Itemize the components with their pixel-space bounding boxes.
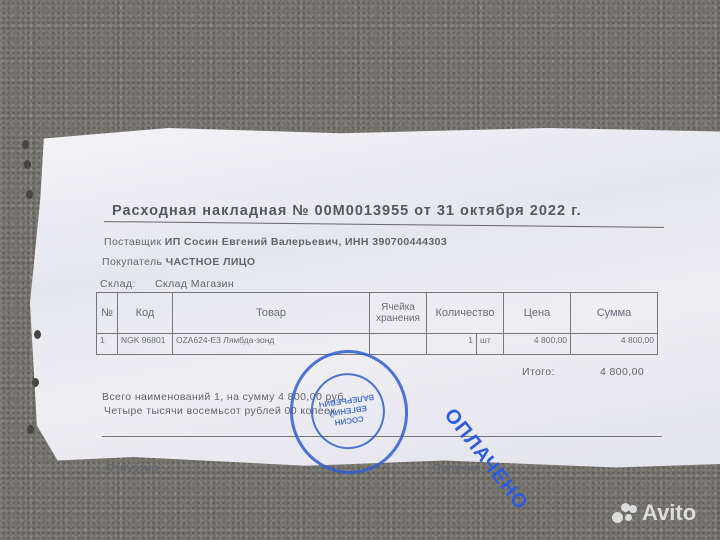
cell-code: NGK 96801: [118, 334, 173, 355]
invoice-document: Расходная накладная № 00М0013955 от 31 о…: [0, 0, 720, 540]
col-code: Код: [118, 293, 173, 334]
cell-sum: 4 800,00: [571, 334, 658, 355]
total-label: Итого:: [522, 366, 555, 378]
supplier-line: Поставщик ИП Сосин Евгений Валерьевич, И…: [104, 236, 447, 248]
items-table: № Код Товар Ячейка хранения Количество Ц…: [96, 292, 658, 355]
avito-watermark: Avito: [612, 500, 696, 526]
released-signature-line: [170, 474, 310, 475]
seal-text: СОСИН ЕВГЕНИЙ ВАЛЕРЬЕВИЧ: [311, 390, 384, 429]
supplier-label: Поставщик: [104, 236, 161, 248]
buyer-label: Покупатель: [102, 256, 162, 268]
paid-stamp: ОПЛАЧЕНО: [439, 404, 532, 515]
buyer-value: ЧАСТНОЕ ЛИЦО: [166, 256, 256, 268]
col-num: №: [97, 293, 118, 334]
col-price: Цена: [504, 293, 571, 334]
col-cell: Ячейка хранения: [370, 293, 427, 334]
round-seal-stamp: СОСИН ЕВГЕНИЙ ВАЛЕРЬЕВИЧ: [282, 342, 416, 481]
warehouse-line: Склад: Склад Магазин: [100, 278, 234, 290]
avito-brand-text: Avito: [642, 500, 696, 526]
cell-price: 4 800,00: [504, 334, 571, 355]
table-row: 1 NGK 96801 OZA624-E3 Лямбда-зонд 1 шт 4…: [97, 334, 658, 355]
seal-inner-ring: СОСИН ЕВГЕНИЙ ВАЛЕРЬЕВИЧ: [306, 368, 390, 454]
cell-storage: [370, 334, 427, 355]
total-value: 4 800,00: [600, 366, 644, 378]
supplier-value: ИП Сосин Евгений Валерьевич, ИНН 3907004…: [165, 236, 447, 248]
warehouse-value: Склад Магазин: [155, 278, 234, 290]
table-header-row: № Код Товар Ячейка хранения Количество Ц…: [97, 293, 658, 334]
cell-num: 1: [97, 334, 118, 355]
warehouse-label: Склад:: [100, 278, 136, 290]
title-underline: [104, 221, 664, 228]
col-item: Товар: [173, 293, 370, 334]
col-sum: Сумма: [571, 293, 658, 334]
document-title: Расходная накладная № 00М0013955 от 31 о…: [112, 203, 582, 219]
avito-logo-icon: [612, 502, 638, 524]
released-label: Отпустил: [106, 462, 159, 474]
cell-qty: 1: [427, 334, 477, 355]
col-qty: Количество: [427, 293, 504, 334]
buyer-line: Покупатель ЧАСТНОЕ ЛИЦО: [102, 256, 255, 268]
cell-unit: шт: [477, 334, 504, 355]
